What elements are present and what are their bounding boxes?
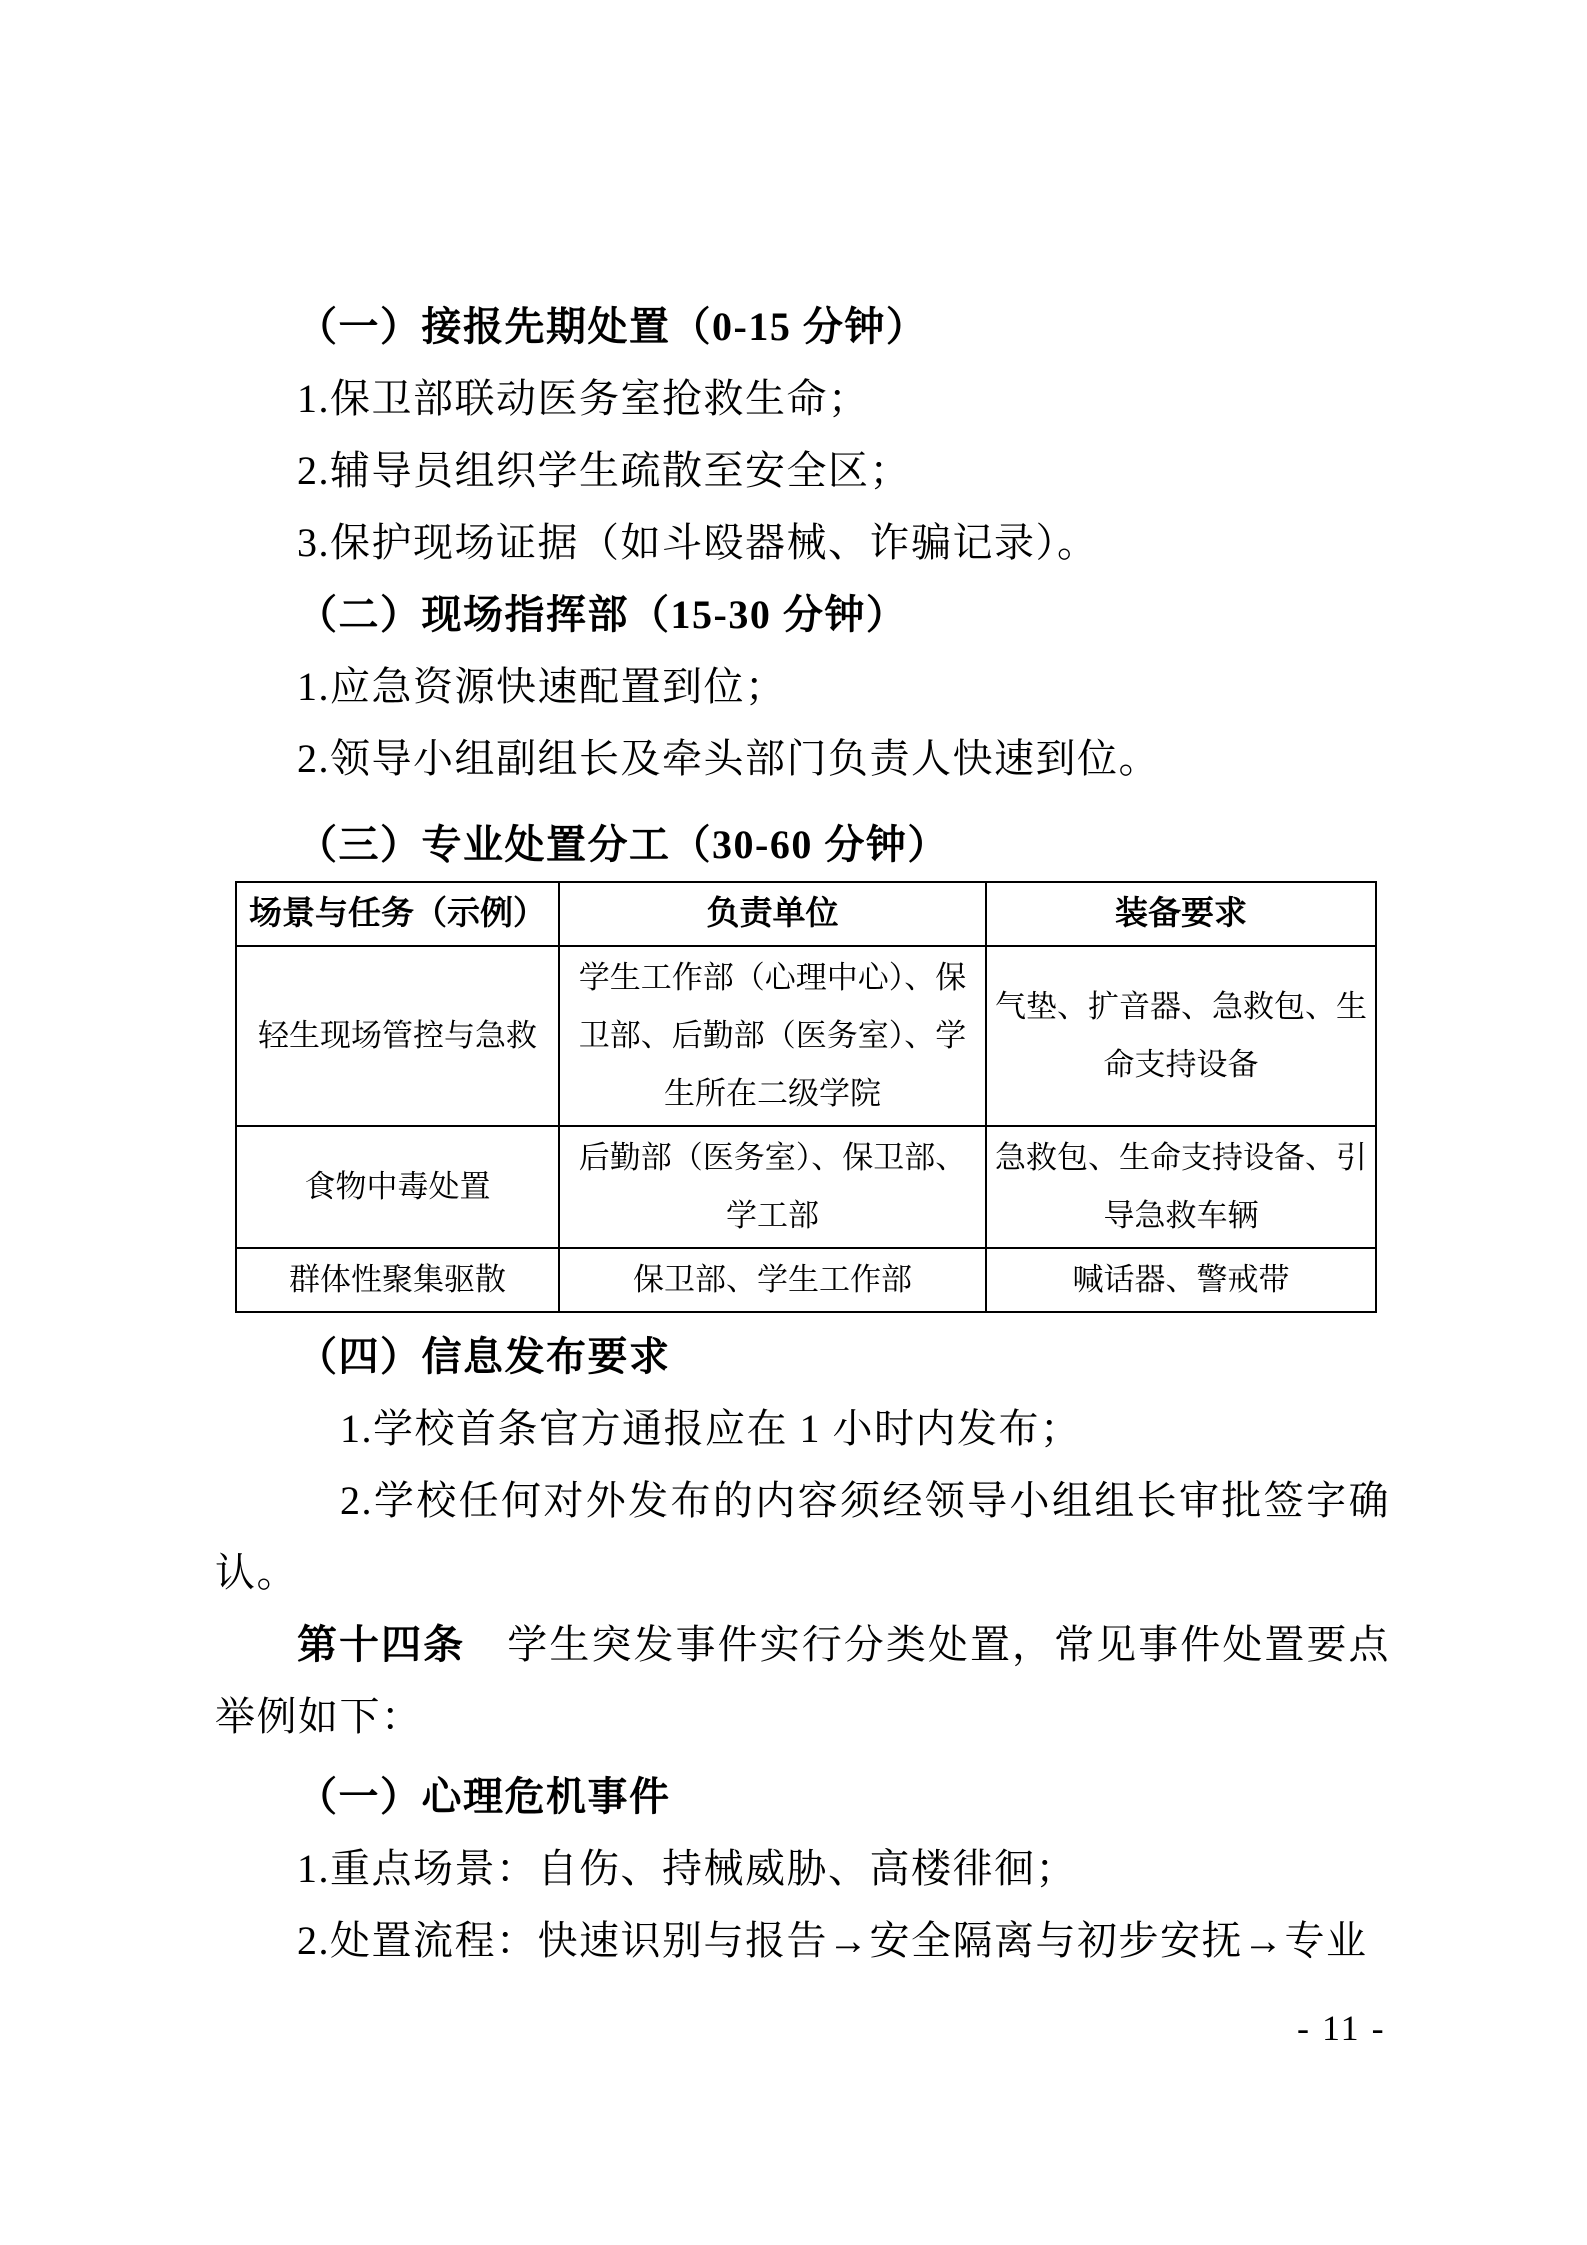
response-assignment-table: 场景与任务（示例） 负责单位 装备要求 轻生现场管控与急救 学生工作部（心理中心… xyxy=(235,881,1377,1313)
section-heading-3: （三）专业处置分工（30-60 分钟） xyxy=(215,809,1390,881)
column-header-scene: 场景与任务（示例） xyxy=(236,882,559,946)
section-heading-1: （一）接报先期处置（0-15 分钟） xyxy=(215,291,1390,363)
section-heading-2: （二）现场指挥部（15-30 分钟） xyxy=(215,579,1390,651)
list-item: 3.保护现场证据（如斗殴器械、诈骗记录）。 xyxy=(215,507,1390,579)
cell-unit: 后勤部（医务室）、保卫部、 学工部 xyxy=(559,1126,986,1248)
list-item: 2.领导小组副组长及牵头部门负责人快速到位。 xyxy=(215,723,1390,795)
document-page: （一）接报先期处置（0-15 分钟） 1.保卫部联动医务室抢救生命； 2.辅导员… xyxy=(0,0,1587,2245)
section-heading-5: （一）心理危机事件 xyxy=(215,1761,1390,1833)
cell-unit: 学生工作部（心理中心）、保 卫部、后勤部（医务室）、学 生所在二级学院 xyxy=(559,946,986,1126)
list-item: 1.保卫部联动医务室抢救生命； xyxy=(215,363,1390,435)
column-header-unit: 负责单位 xyxy=(559,882,986,946)
cell-scene: 群体性聚集驱散 xyxy=(236,1248,559,1312)
table-header-row: 场景与任务（示例） 负责单位 装备要求 xyxy=(236,882,1376,946)
list-item: 2.辅导员组织学生疏散至安全区； xyxy=(215,435,1390,507)
cell-scene: 轻生现场管控与急救 xyxy=(236,946,559,1126)
document-content: （一）接报先期处置（0-15 分钟） 1.保卫部联动医务室抢救生命； 2.辅导员… xyxy=(215,291,1390,1977)
list-item: 1.重点场景：自伤、持械威胁、高楼徘徊； xyxy=(215,1833,1390,1905)
list-item: 2.学校任何对外发布的内容须经领导小组组长审批签字确认。 xyxy=(215,1465,1390,1609)
page-number: - 11 - xyxy=(1297,2006,1386,2050)
table-row: 食物中毒处置 后勤部（医务室）、保卫部、 学工部 急救包、生命支持设备、引 导急… xyxy=(236,1126,1376,1248)
cell-scene: 食物中毒处置 xyxy=(236,1126,559,1248)
list-item: 2.处置流程：快速识别与报告→安全隔离与初步安抚→专业 xyxy=(215,1905,1390,1977)
cell-unit: 保卫部、学生工作部 xyxy=(559,1248,986,1312)
column-header-equipment: 装备要求 xyxy=(986,882,1376,946)
list-item: 1.应急资源快速配置到位； xyxy=(215,651,1390,723)
cell-equipment: 急救包、生命支持设备、引 导急救车辆 xyxy=(986,1126,1376,1248)
list-item: 1.学校首条官方通报应在 1 小时内发布； xyxy=(215,1393,1390,1465)
table-row: 群体性聚集驱散 保卫部、学生工作部 喊话器、警戒带 xyxy=(236,1248,1376,1312)
article-number: 第十四条 xyxy=(297,1622,465,1667)
section-heading-4: （四）信息发布要求 xyxy=(215,1321,1390,1393)
table-row: 轻生现场管控与急救 学生工作部（心理中心）、保 卫部、后勤部（医务室）、学 生所… xyxy=(236,946,1376,1126)
cell-equipment: 气垫、扩音器、急救包、生 命支持设备 xyxy=(986,946,1376,1126)
cell-equipment: 喊话器、警戒带 xyxy=(986,1248,1376,1312)
article-clause: 第十四条 学生突发事件实行分类处置，常见事件处置要点举例如下： xyxy=(215,1609,1390,1753)
